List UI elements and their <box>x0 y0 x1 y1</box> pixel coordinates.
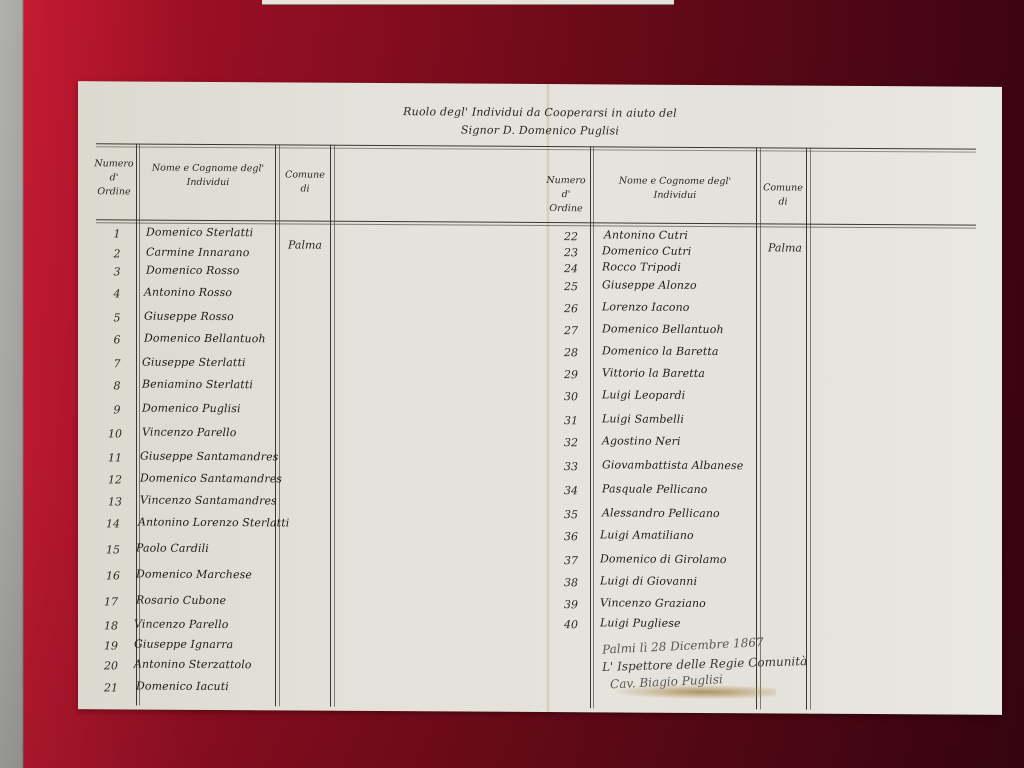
row-number: 25 <box>554 280 588 293</box>
left-col-rule-2b <box>279 144 280 706</box>
row-name: Domenico Santamandres <box>140 472 282 486</box>
row-name: Domenico Bellantuoh <box>144 332 266 346</box>
right-comune-value: Palma <box>768 241 802 254</box>
right-header-comune: Comune di <box>760 181 806 209</box>
row-name: Vittorio la Baretta <box>602 366 705 380</box>
row-number: 29 <box>554 368 588 381</box>
row-name: Giuseppe Santamandres <box>140 450 278 464</box>
row-number: 13 <box>98 495 132 508</box>
table-row: 38Luigi di Giovanni <box>78 81 1002 87</box>
table-row: 39Vincenzo Graziano <box>78 81 1002 87</box>
row-number: 26 <box>554 302 588 315</box>
row-number: 27 <box>554 324 588 337</box>
left-header-number: Numero d' Ordine <box>92 157 136 199</box>
row-name: Domenico Marchese <box>136 568 252 582</box>
row-name: Agostino Neri <box>602 434 681 447</box>
row-number: 28 <box>554 346 588 359</box>
row-number: 14 <box>96 517 130 530</box>
table-row: 19Giuseppe Ignarra <box>78 81 1002 87</box>
row-number: 10 <box>98 427 132 440</box>
row-number: 24 <box>554 262 588 275</box>
left-register-list: 1Domenico Sterlatti 2Carmine Innarano 3D… <box>78 81 1002 87</box>
left-comune-value: Palma <box>288 238 322 251</box>
table-row: 17Rosario Cubone <box>78 81 1002 87</box>
row-number: 23 <box>554 246 588 259</box>
row-number: 5 <box>100 311 134 324</box>
table-row: 21Domenico Iacuti <box>78 81 1002 87</box>
row-number: 16 <box>96 569 130 582</box>
row-name: Paolo Cardili <box>136 542 209 555</box>
row-number: 9 <box>100 403 134 416</box>
row-name: Antonino Sterzattolo <box>134 658 252 672</box>
left-col-rule-3b <box>334 145 335 707</box>
table-row: 31Luigi Sambelli <box>78 81 1002 87</box>
table-row: 26Lorenzo Iacono <box>78 81 1002 87</box>
table-row: 4Antonino Rosso <box>78 81 1002 87</box>
row-number: 37 <box>554 554 588 567</box>
left-col-rule-3 <box>330 145 331 707</box>
row-number: 34 <box>554 484 588 497</box>
row-number: 18 <box>94 619 128 632</box>
table-row: 16Domenico Marchese <box>78 81 1002 87</box>
row-number: 35 <box>554 508 588 521</box>
table-row: 18Vincenzo Parello <box>78 81 1002 87</box>
table-row: 3Domenico Rosso <box>78 81 1002 87</box>
table-row: 10Vincenzo Parello <box>78 81 1002 87</box>
row-name: Antonino Lorenzo Sterlatti <box>138 516 289 530</box>
signature-flourish <box>616 684 776 699</box>
row-number: 12 <box>98 473 132 486</box>
row-number: 4 <box>100 287 134 300</box>
row-number: 19 <box>94 639 128 652</box>
row-name: Rocco Tripodi <box>602 260 681 273</box>
row-name: Vincenzo Parello <box>134 618 229 632</box>
signature-date: Palmi lì 28 Dicembre 1867 <box>602 635 764 656</box>
table-row: 23Domenico Cutri <box>78 81 1002 87</box>
row-number: 38 <box>554 576 588 589</box>
row-number: 39 <box>554 598 588 611</box>
table-row: 25Giuseppe Alonzo <box>78 81 1002 87</box>
row-name: Giuseppe Sterlatti <box>142 356 246 370</box>
right-col-rule-1 <box>590 146 591 708</box>
document-title: Ruolo degl' Individui da Cooperarsi in a… <box>78 101 1002 143</box>
table-row: 24Rocco Tripodi <box>78 81 1002 87</box>
table-row: 30Luigi Leopardi <box>78 81 1002 87</box>
table-row: 20Antonino Sterzattolo <box>78 81 1002 87</box>
row-number: 31 <box>554 414 588 427</box>
table-row: 7Giuseppe Sterlatti <box>78 81 1002 87</box>
row-number: 32 <box>554 436 588 449</box>
row-name: Luigi Sambelli <box>602 412 684 426</box>
row-name: Rosario Cubone <box>136 594 226 608</box>
table-row: 8Beniamino Sterlatti <box>78 81 1002 87</box>
table-row: 14Antonino Lorenzo Sterlatti <box>78 81 1002 87</box>
row-name: Domenico Sterlatti <box>146 226 253 240</box>
row-number: 8 <box>100 379 134 392</box>
left-col-rule-2 <box>275 144 276 706</box>
row-name: Giuseppe Alonzo <box>602 278 697 292</box>
row-number: 22 <box>554 230 588 243</box>
row-name: Domenico Bellantuoh <box>602 322 724 336</box>
row-number: 33 <box>554 460 588 473</box>
row-number: 17 <box>94 595 128 608</box>
row-name: Vincenzo Parello <box>142 426 237 440</box>
right-header-number: Numero d' Ordine <box>544 174 588 216</box>
table-row: 37Domenico di Girolamo <box>78 81 1002 87</box>
row-name: Alessandro Pellicano <box>602 506 720 520</box>
row-number: 30 <box>554 390 588 403</box>
row-name: Domenico Rosso <box>146 264 239 278</box>
table-row: 11Giuseppe Santamandres <box>78 81 1002 87</box>
row-name: Luigi Pugliese <box>600 616 681 629</box>
row-name: Domenico Cutri <box>602 244 691 258</box>
row-number: 36 <box>554 530 588 543</box>
table-row: 5Giuseppe Rosso <box>78 81 1002 87</box>
table-row: 28Domenico la Baretta <box>78 81 1002 87</box>
row-name: Vincenzo Santamandres <box>140 494 277 508</box>
right-header-name: Nome e Cognome degl' Individui <box>600 174 750 203</box>
paper-strip-top <box>262 0 674 5</box>
row-name: Carmine Innarano <box>146 246 249 260</box>
table-row: 40Luigi Pugliese <box>78 81 1002 87</box>
row-number: 2 <box>100 247 134 260</box>
right-col-rule-3 <box>806 148 807 710</box>
row-name: Luigi Amatiliano <box>600 528 694 542</box>
row-name: Luigi di Giovanni <box>600 574 697 588</box>
row-name: Giovambattista Albanese <box>602 458 743 472</box>
row-name: Domenico Puglisi <box>142 402 241 416</box>
table-row: 22Antonino Cutri <box>78 81 1002 87</box>
document-sheet: Ruolo degl' Individui da Cooperarsi in a… <box>78 81 1002 715</box>
table-row: 6Domenico Bellantuoh <box>78 81 1002 87</box>
table-row: 35Alessandro Pellicano <box>78 81 1002 87</box>
table-row: 29Vittorio la Baretta <box>78 81 1002 87</box>
signature-title: L' Ispettore delle Regie Comunità <box>602 654 808 674</box>
row-name: Antonino Rosso <box>144 286 232 300</box>
row-name: Domenico di Girolamo <box>600 552 727 566</box>
right-register-list: 22Antonino Cutri 23Domenico Cutri 24Rocc… <box>78 81 1002 87</box>
row-name: Antonino Cutri <box>604 228 688 242</box>
signature-block: Palmi lì 28 Dicembre 1867 L' Ispettore d… <box>78 81 1002 87</box>
row-number: 20 <box>94 659 128 672</box>
row-name: Giuseppe Ignarra <box>134 638 233 652</box>
table-row: 33Giovambattista Albanese <box>78 81 1002 87</box>
left-header-comune: Comune di <box>282 168 328 196</box>
table-row: 15Paolo Cardili <box>78 81 1002 87</box>
right-col-rule-2b <box>760 147 761 709</box>
row-number: 40 <box>554 618 588 631</box>
row-name: Domenico Iacuti <box>136 680 229 694</box>
right-col-rule-2 <box>756 147 757 709</box>
row-name: Pasquale Pellicano <box>602 482 708 496</box>
table-row: 1Domenico Sterlatti <box>78 81 1002 87</box>
row-number: 15 <box>96 543 130 556</box>
row-number: 3 <box>100 265 134 278</box>
right-col-rule-1b <box>593 146 594 708</box>
row-name: Luigi Leopardi <box>602 388 685 402</box>
table-row: 32Agostino Neri <box>78 81 1002 87</box>
row-number: 21 <box>94 681 128 694</box>
row-name: Domenico la Baretta <box>602 344 719 358</box>
table-row: 9Domenico Puglisi <box>78 81 1002 87</box>
row-name: Giuseppe Rosso <box>144 310 234 324</box>
row-name: Lorenzo Iacono <box>602 300 690 314</box>
row-number: 11 <box>98 451 132 464</box>
table-row: 12Domenico Santamandres <box>78 81 1002 87</box>
left-header-name: Nome e Cognome degl' Individui <box>144 162 272 191</box>
table-row: 2Carmine Innarano <box>78 81 1002 87</box>
table-row: 36Luigi Amatiliano <box>78 81 1002 87</box>
table-row: 27Domenico Bellantuoh <box>78 81 1002 87</box>
table-row: 34Pasquale Pellicano <box>78 81 1002 87</box>
row-number: 7 <box>100 357 134 370</box>
row-number: 1 <box>100 227 134 240</box>
table-row: 13Vincenzo Santamandres <box>78 81 1002 87</box>
row-name: Beniamino Sterlatti <box>142 378 253 392</box>
row-name: Vincenzo Graziano <box>600 596 706 610</box>
row-number: 6 <box>100 333 134 346</box>
right-col-rule-3b <box>810 148 811 710</box>
